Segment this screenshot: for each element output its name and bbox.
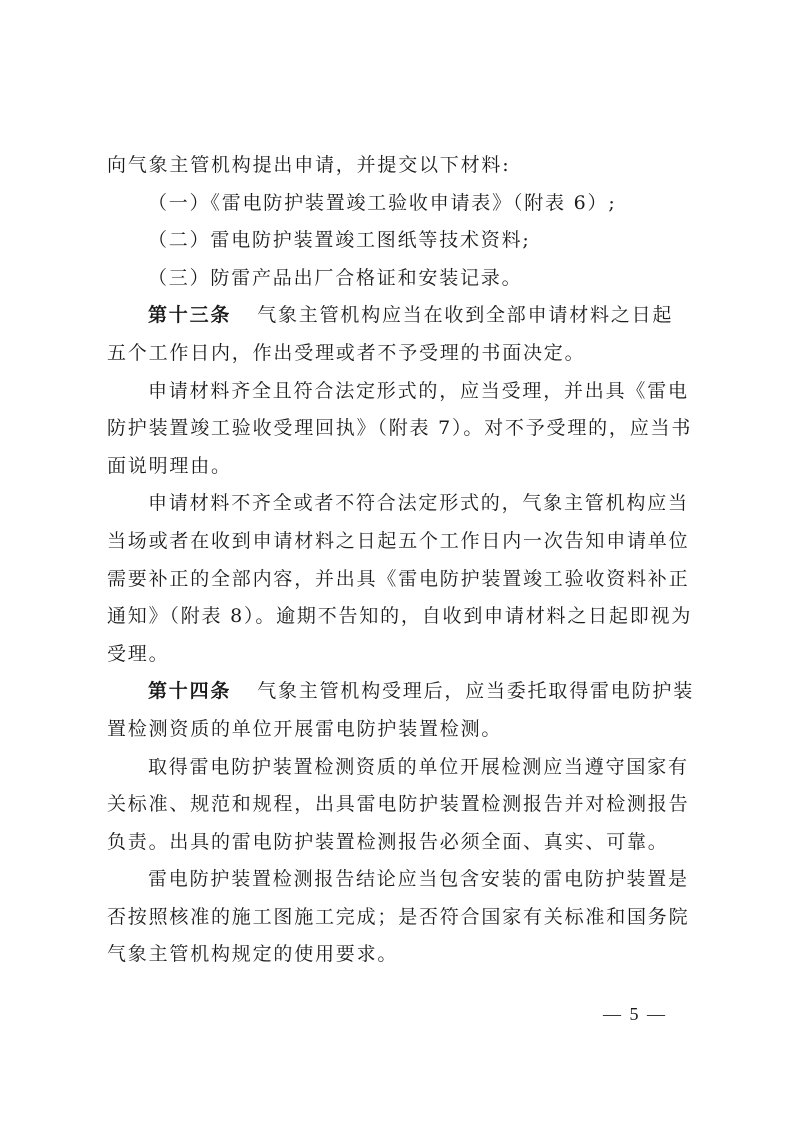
text-line: 需要补正的全部内容，并出具《雷电防护装置竣工验收资料补正 bbox=[107, 561, 693, 599]
text-line: 关标准、规范和规程，出具雷电防护装置检测报告并对检测报告 bbox=[107, 786, 693, 824]
text-line: 取得雷电防护装置检测资质的单位开展检测应当遵守国家有 bbox=[107, 749, 693, 787]
text-line: 当场或者在收到申请材料之日起五个工作日内一次告知申请单位 bbox=[107, 523, 693, 561]
text-line: 受理。 bbox=[107, 636, 693, 674]
article-13-heading: 第十三条 bbox=[148, 304, 231, 326]
text-line: 通知》（附表 8）。逾期不告知的，自收到申请材料之日起即视为 bbox=[107, 598, 693, 636]
text-line: 申请材料不齐全或者不符合法定形式的，气象主管机构应当 bbox=[107, 485, 693, 523]
text-line: 五个工作日内，作出受理或者不予受理的书面决定。 bbox=[107, 335, 693, 373]
text-line: 防护装置竣工验收受理回执》（附表 7）。对不予受理的，应当书 bbox=[107, 410, 693, 448]
article-13-text: 气象主管机构应当在收到全部申请材料之日起 bbox=[257, 304, 673, 326]
article-14-line: 第十四条气象主管机构受理后，应当委托取得雷电防护装 bbox=[107, 673, 693, 711]
text-line: 向气象主管机构提出申请，并提交以下材料: bbox=[107, 147, 693, 185]
text-line: 面说明理由。 bbox=[107, 448, 693, 486]
article-14-heading: 第十四条 bbox=[148, 680, 231, 702]
text-line: 雷电防护装置检测报告结论应当包含安装的雷电防护装置是 bbox=[107, 861, 693, 899]
page-number: — 5 — bbox=[603, 1004, 667, 1025]
article-13-line: 第十三条气象主管机构应当在收到全部申请材料之日起 bbox=[107, 297, 693, 335]
text-line: 否按照核准的施工图施工完成；是否符合国家有关标准和国务院 bbox=[107, 899, 693, 937]
text-line: 置检测资质的单位开展雷电防护装置检测。 bbox=[107, 711, 693, 749]
list-item-2: （二）雷电防护装置竣工图纸等技术资料; bbox=[107, 222, 693, 260]
text-line: 负责。出具的雷电防护装置检测报告必须全面、真实、可靠。 bbox=[107, 824, 693, 862]
document-body: 向气象主管机构提出申请，并提交以下材料: （一）《雷电防护装置竣工验收申请表》（… bbox=[107, 147, 693, 974]
text-line: 申请材料齐全且符合法定形式的，应当受理，并出具《雷电 bbox=[107, 373, 693, 411]
list-item-1: （一）《雷电防护装置竣工验收申请表》（附表 6）; bbox=[107, 185, 693, 223]
text-line: 气象主管机构规定的使用要求。 bbox=[107, 936, 693, 974]
article-14-text: 气象主管机构受理后，应当委托取得雷电防护装 bbox=[257, 680, 694, 702]
list-item-3: （三）防雷产品出厂合格证和安装记录。 bbox=[107, 260, 693, 298]
